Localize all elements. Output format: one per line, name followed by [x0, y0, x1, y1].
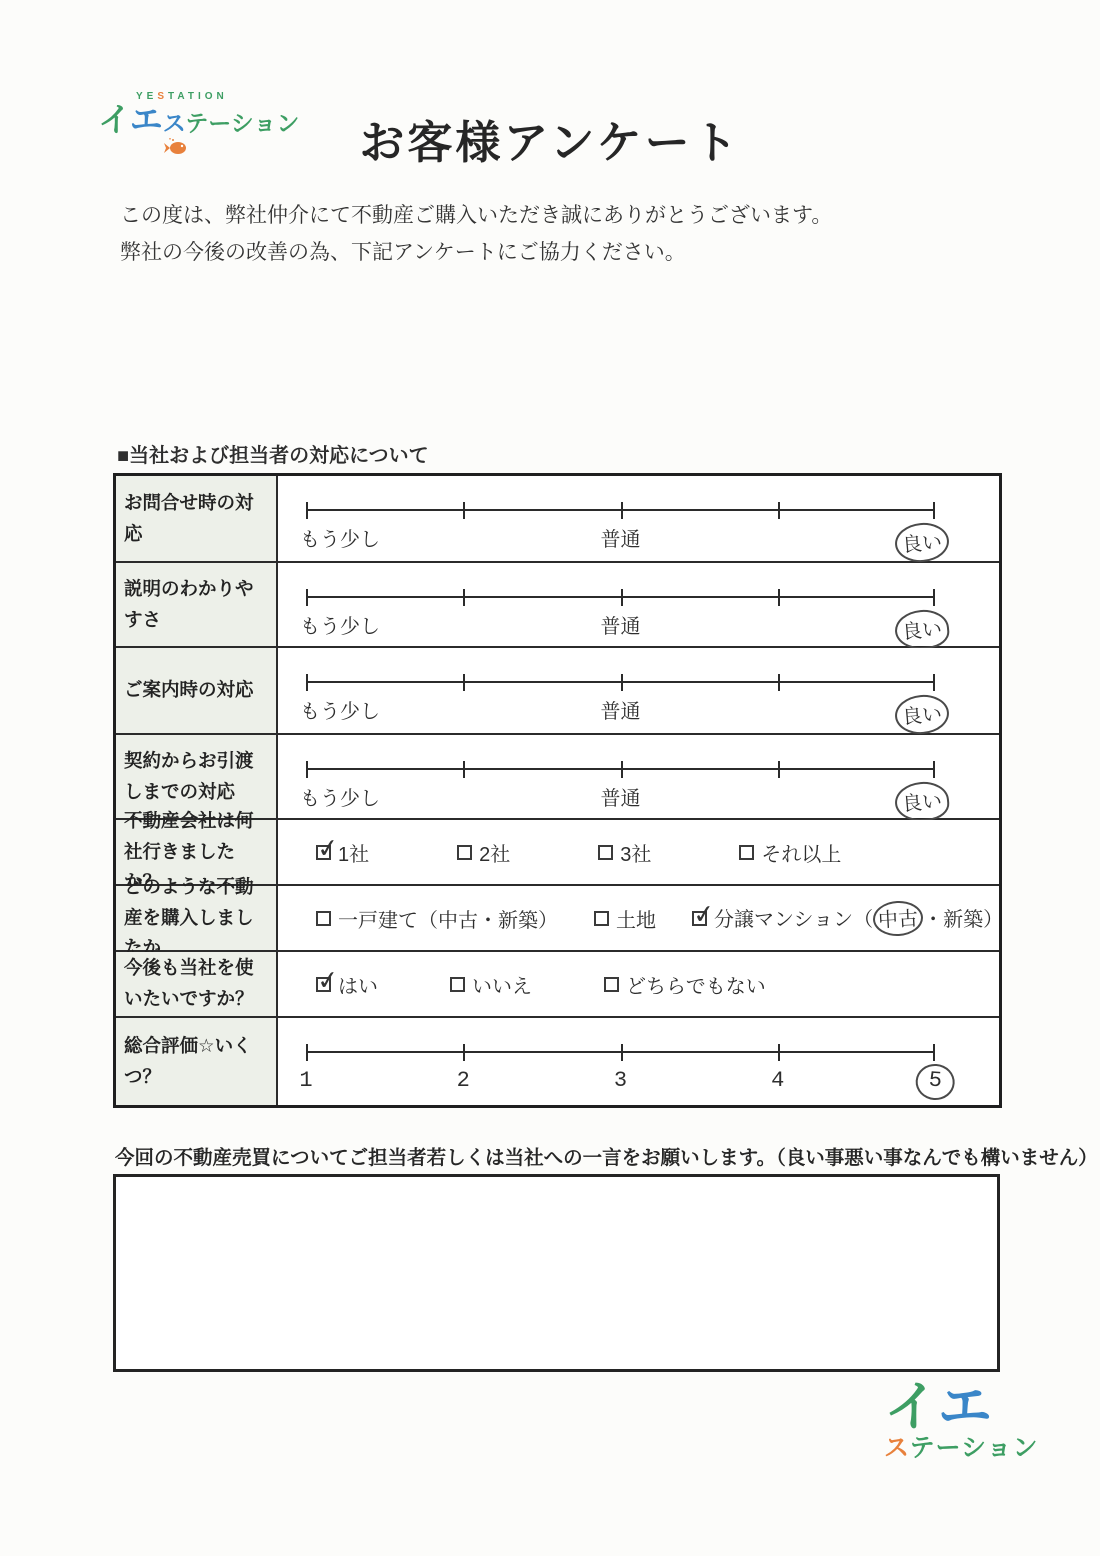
- yestation-logo-bottom: イエ ステーション: [884, 1380, 1039, 1461]
- option-label: 一戸建て（中古・新築）: [338, 904, 558, 933]
- scale-label-left[interactable]: もう少し: [300, 610, 380, 639]
- choice-group: 一戸建て（中古・新築） 土地 ✓ 分譲マンション（中古・新築）: [316, 886, 989, 950]
- check-mark-icon: ✓: [691, 897, 716, 930]
- checkbox-unchecked-icon[interactable]: [598, 845, 613, 860]
- question-label: 説明のわかりやすさ: [116, 563, 278, 646]
- question-label: 今後も当社を使いたいですか？: [116, 952, 278, 1016]
- scale-label-left[interactable]: もう少し: [300, 695, 380, 724]
- scanned-survey-form: YESTATION イエステーション お客様アンケート この度は、弊社仲介にて不…: [0, 0, 1100, 1556]
- rating-scale[interactable]: もう少し 普通 良い: [278, 563, 999, 646]
- question-label: 総合評価☆いくつ？: [116, 1018, 278, 1105]
- circled-answer[interactable]: 5: [914, 1063, 956, 1102]
- table-row: 総合評価☆いくつ？ 1 2 3 4 5: [116, 1018, 999, 1105]
- scale-label-center[interactable]: 普通: [601, 782, 641, 811]
- scale-number-3[interactable]: 3: [614, 1068, 627, 1093]
- logo-ie-text: イエ: [884, 1380, 1039, 1434]
- scale-line: [306, 502, 935, 519]
- check-mark-icon: ✓: [315, 831, 340, 864]
- table-row: 説明のわかりやすさ もう少し 普通 良い: [116, 563, 999, 648]
- scale-number-2[interactable]: 2: [457, 1068, 470, 1093]
- question-label: お問合せ時の対応: [116, 476, 278, 561]
- option-land[interactable]: 土地: [594, 904, 656, 933]
- option-label: 2社: [479, 838, 510, 867]
- check-mark-icon: ✓: [315, 963, 340, 996]
- rating-scale[interactable]: もう少し 普通 良い: [278, 476, 999, 561]
- option-more[interactable]: それ以上: [739, 838, 841, 867]
- table-row: 今後も当社を使いたいですか？ ✓ はい いいえ どちらでもない: [116, 952, 999, 1018]
- scale-label-center[interactable]: 普通: [601, 695, 641, 724]
- circled-answer[interactable]: 中古: [872, 899, 924, 937]
- option-2sha[interactable]: 2社: [457, 838, 510, 867]
- question-label: どのような不動産を購入しましたか: [116, 886, 278, 950]
- circled-answer[interactable]: 良い: [893, 608, 950, 652]
- option-1sha[interactable]: ✓ 1社: [316, 838, 369, 867]
- checkbox-unchecked-icon[interactable]: [457, 845, 472, 860]
- table-row: お問合せ時の対応 もう少し 普通 良い: [116, 476, 999, 563]
- checkbox-checked-icon[interactable]: ✓: [692, 911, 707, 926]
- survey-table: お問合せ時の対応 もう少し 普通 良い 説明のわかりやすさ: [113, 473, 1002, 1108]
- scale-line: [306, 589, 935, 606]
- option-3sha[interactable]: 3社: [598, 838, 651, 867]
- page-title: お客様アンケート: [0, 106, 1100, 171]
- rating-scale[interactable]: もう少し 普通 良い: [278, 648, 999, 733]
- checkbox-checked-icon[interactable]: ✓: [316, 977, 331, 992]
- intro-line-1: この度は、弊社仲介にて不動産ご購入いただき誠にありがとうございます。: [120, 197, 832, 234]
- option-label: 土地: [616, 904, 656, 933]
- checkbox-unchecked-icon[interactable]: [604, 977, 619, 992]
- option-label: 3社: [620, 838, 651, 867]
- table-row: ご案内時の対応 もう少し 普通 良い: [116, 648, 999, 735]
- rating-scale[interactable]: もう少し 普通 良い: [278, 735, 999, 818]
- scale-line: [306, 674, 935, 691]
- table-row: どのような不動産を購入しましたか 一戸建て（中古・新築） 土地 ✓ 分譲マンショ…: [116, 886, 999, 952]
- choice-group: ✓ 1社 2社 3社 それ以上: [316, 820, 989, 884]
- logo-station-text: ステーション: [884, 1436, 1039, 1461]
- option-yes[interactable]: ✓ はい: [316, 970, 378, 999]
- scale-label-left[interactable]: もう少し: [300, 782, 380, 811]
- option-label: どちらでもない: [626, 970, 766, 999]
- option-label: 1社: [338, 838, 369, 867]
- checkbox-unchecked-icon[interactable]: [739, 845, 754, 860]
- intro-text: この度は、弊社仲介にて不動産ご購入いただき誠にありがとうございます。 弊社の今後…: [120, 197, 832, 271]
- circled-answer[interactable]: 良い: [893, 521, 950, 565]
- scale-label-left[interactable]: もう少し: [300, 523, 380, 552]
- scale-number-1[interactable]: 1: [299, 1068, 312, 1093]
- checkbox-unchecked-icon[interactable]: [450, 977, 465, 992]
- option-condominium[interactable]: ✓ 分譲マンション（中古・新築）: [692, 901, 1003, 936]
- choice-group: ✓ はい いいえ どちらでもない: [316, 952, 989, 1016]
- option-detached-house[interactable]: 一戸建て（中古・新築）: [316, 904, 558, 933]
- option-label: それ以上: [761, 838, 841, 867]
- circled-answer[interactable]: 良い: [893, 780, 950, 824]
- scale-label-center[interactable]: 普通: [601, 523, 641, 552]
- option-label: はい: [338, 970, 378, 999]
- comment-prompt: 今回の不動産売買についてご担当者若しくは当社への一言をお願いします。（良い事悪い…: [115, 1142, 1098, 1170]
- option-label: いいえ: [472, 970, 532, 999]
- checkbox-unchecked-icon[interactable]: [594, 911, 609, 926]
- intro-line-2: 弊社の今後の改善の為、下記アンケートにご協力ください。: [120, 234, 832, 271]
- scale-number-4[interactable]: 4: [771, 1068, 784, 1093]
- section-heading: ■当社および担当者の対応について: [117, 439, 429, 468]
- checkbox-unchecked-icon[interactable]: [316, 911, 331, 926]
- checkbox-checked-icon[interactable]: ✓: [316, 845, 331, 860]
- scale-label-center[interactable]: 普通: [601, 610, 641, 639]
- option-label: 分譲マンション（中古・新築）: [714, 901, 1003, 936]
- option-neither[interactable]: どちらでもない: [604, 970, 766, 999]
- scale-line: [306, 1044, 935, 1061]
- rating-scale[interactable]: 1 2 3 4 5: [278, 1018, 999, 1105]
- circled-answer[interactable]: 良い: [893, 693, 950, 737]
- comment-box[interactable]: [113, 1174, 1000, 1372]
- question-label: ご案内時の対応: [116, 648, 278, 733]
- scale-line: [306, 761, 935, 778]
- option-no[interactable]: いいえ: [450, 970, 532, 999]
